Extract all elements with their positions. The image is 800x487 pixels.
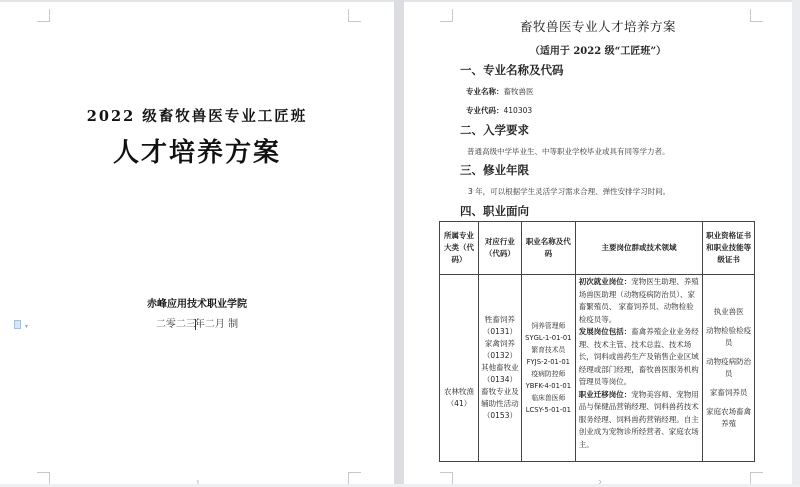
- study-duration-text: 3 年，可以根据学生灵活学习需求合理、弹性安排学习时间。: [468, 186, 670, 197]
- table-header-row: 所属专业大类（代码） 对应行业（代码） 职业名称及代码 主要岗位群或技术领域 职…: [440, 222, 755, 275]
- cell-industries: 牲畜饲养（0131） 家禽饲养（0132） 其他畜牧业（0134） 畜牧专业及辅…: [478, 275, 521, 462]
- header-occupation: 职业名称及代码: [521, 222, 575, 275]
- cell-certificates: 执业兽医 动物检验检疫员 动物疫病防治员 家畜饲养员 家庭农场畜禽养殖: [703, 275, 755, 462]
- document-subtitle: （适用于 2022 级“工匠班”）: [404, 42, 792, 57]
- cover-subtitle: 2022 级畜牧兽医专业工匠班: [0, 105, 394, 126]
- major-name-value: 畜牧兽医: [504, 87, 534, 96]
- occupation-code: FYJS-2-01-01: [524, 356, 573, 368]
- industry-item: 其他畜牧业（0134）: [481, 362, 519, 386]
- post-development: 发展岗位包括：畜禽养殖企业业务经理、技术主管、技术总监、技术场长，饲料或兽药生产…: [579, 326, 699, 389]
- header-category: 所属专业大类（代码）: [440, 222, 479, 275]
- section-heading-1: 一、专业名称及代码: [460, 62, 564, 78]
- section-heading-4: 四、职业面向: [460, 203, 529, 219]
- major-code-label: 专业代码：: [466, 106, 504, 115]
- cell-occupations: 饲养管理师 SYGL-1-01-01 繁育技术员 FYJS-2-01-01 疫病…: [521, 275, 575, 462]
- industry-item: 家禽饲养（0132）: [481, 338, 519, 362]
- major-code-line: 专业代码：410303: [466, 105, 532, 116]
- post-migration: 职业迁移岗位：宠物美容师、宠物用品与保健品营销经理、饲料兽药技术服务经理、饲料兽…: [579, 389, 699, 452]
- table-row: 农林牧渔（41） 牲畜饲养（0131） 家禽饲养（0132） 其他畜牧业（013…: [440, 275, 755, 462]
- crop-mark-top-left: [37, 9, 50, 22]
- occupation-name: 疫病防控师: [524, 368, 573, 380]
- major-name-label: 专业名称：: [466, 87, 504, 96]
- cell-category: 农林牧渔（41）: [440, 275, 479, 462]
- certificate-item: 家畜饲养员: [705, 387, 752, 399]
- certificate-item: 家庭农场畜禽养殖: [705, 406, 752, 430]
- cover-title: 人才培养方案: [0, 132, 394, 169]
- major-name-line: 专业名称：畜牧兽医: [466, 86, 534, 97]
- header-industry: 对应行业（代码）: [478, 222, 521, 275]
- paragraph-layout-dropdown-icon[interactable]: ▾: [25, 323, 28, 330]
- major-code-value: 410303: [504, 106, 533, 115]
- header-posts: 主要岗位群或技术领域: [575, 222, 702, 275]
- occupation-code: SYGL-1-01-01: [524, 332, 573, 344]
- document-page-2: 畜牧兽医专业人才培养方案 （适用于 2022 级“工匠班”） 一、专业名称及代码…: [404, 2, 792, 484]
- cover-date-part2: 年二月 制: [195, 319, 238, 330]
- industry-item: 牲畜饲养（0131）: [481, 314, 519, 338]
- section-heading-2: 二、入学要求: [460, 122, 529, 138]
- certificate-item: 动物疫病防治员: [705, 356, 752, 380]
- vertical-scrollbar-track[interactable]: [792, 0, 800, 487]
- cover-date-part1: 二零二三: [156, 319, 196, 330]
- admission-requirements-text: 普通高级中学毕业生、中等职业学校毕业或具有同等学力者。: [467, 146, 670, 157]
- occupation-name: 繁育技术员: [524, 344, 573, 356]
- career-orientation-table: 所属专业大类（代码） 对应行业（代码） 职业名称及代码 主要岗位群或技术领域 职…: [439, 221, 755, 462]
- occupation-code: LCSY-5-01-01: [524, 404, 573, 416]
- industry-item: 畜牧专业及辅助性活动（0153）: [481, 386, 519, 422]
- document-title: 畜牧兽医专业人才培养方案: [404, 17, 792, 35]
- certificate-item: 动物检验检疫员: [705, 325, 752, 349]
- header-certificates: 职业资格证书和职业技能等级证书: [703, 222, 755, 275]
- cover-school-name: 赤峰应用技术职业学院: [0, 295, 394, 310]
- section-heading-3: 三、修业年限: [460, 162, 529, 178]
- cell-posts: 初次就业岗位：宠物医生助理、养殖场兽医助理（动物疫病防治员）、家畜繁殖员、 家畜…: [575, 275, 702, 462]
- post-label: 发展岗位包括：: [579, 327, 632, 336]
- cover-date[interactable]: 二零二三年二月 制: [0, 315, 394, 330]
- occupation-name: 临床兽医师: [524, 392, 573, 404]
- post-entry-level: 初次就业岗位：宠物医生助理、养殖场兽医助理（动物疫病防治员）、家畜繁殖员、 家畜…: [579, 276, 699, 326]
- crop-mark-top-right: [348, 9, 361, 22]
- post-label: 初次就业岗位：: [579, 277, 632, 286]
- paragraph-layout-icon[interactable]: [14, 320, 21, 329]
- occupation-code: YBFK-4-01-01: [524, 380, 573, 392]
- page-gutter: [394, 0, 404, 487]
- certificate-item: 执业兽医: [705, 306, 752, 318]
- document-page-1: 2022 级畜牧兽医专业工匠班 人才培养方案 赤峰应用技术职业学院 二零二三年二…: [0, 2, 394, 484]
- post-label: 职业迁移岗位：: [579, 390, 632, 399]
- occupation-name: 饲养管理师: [524, 320, 573, 332]
